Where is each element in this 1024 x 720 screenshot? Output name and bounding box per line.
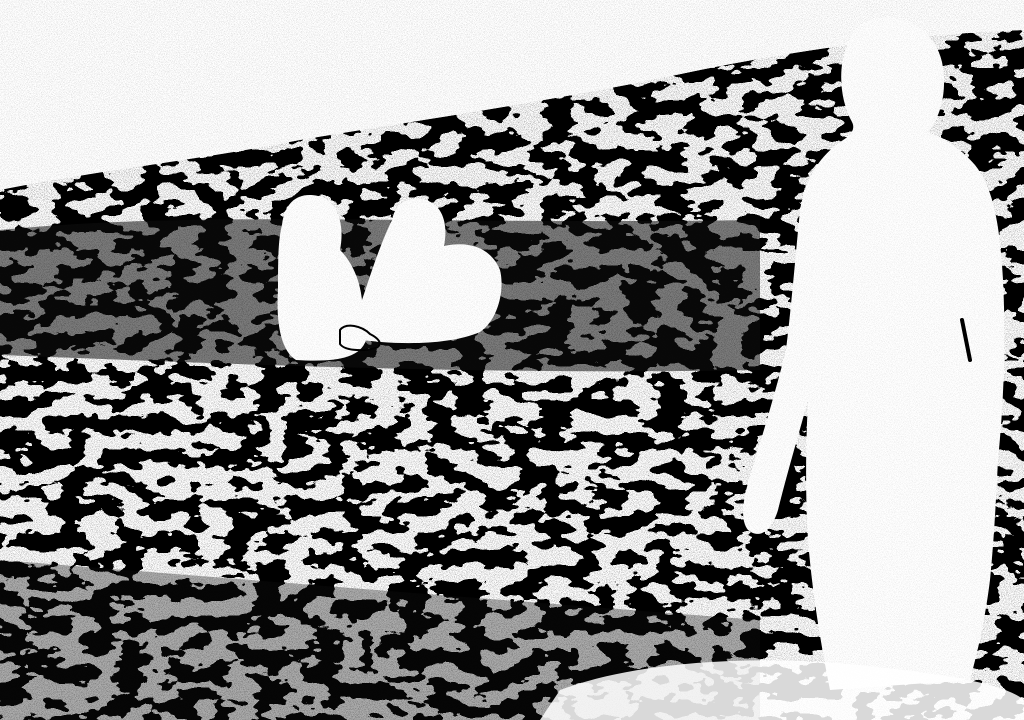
grain-overlay	[0, 0, 1024, 720]
photo-scene	[0, 0, 1024, 720]
